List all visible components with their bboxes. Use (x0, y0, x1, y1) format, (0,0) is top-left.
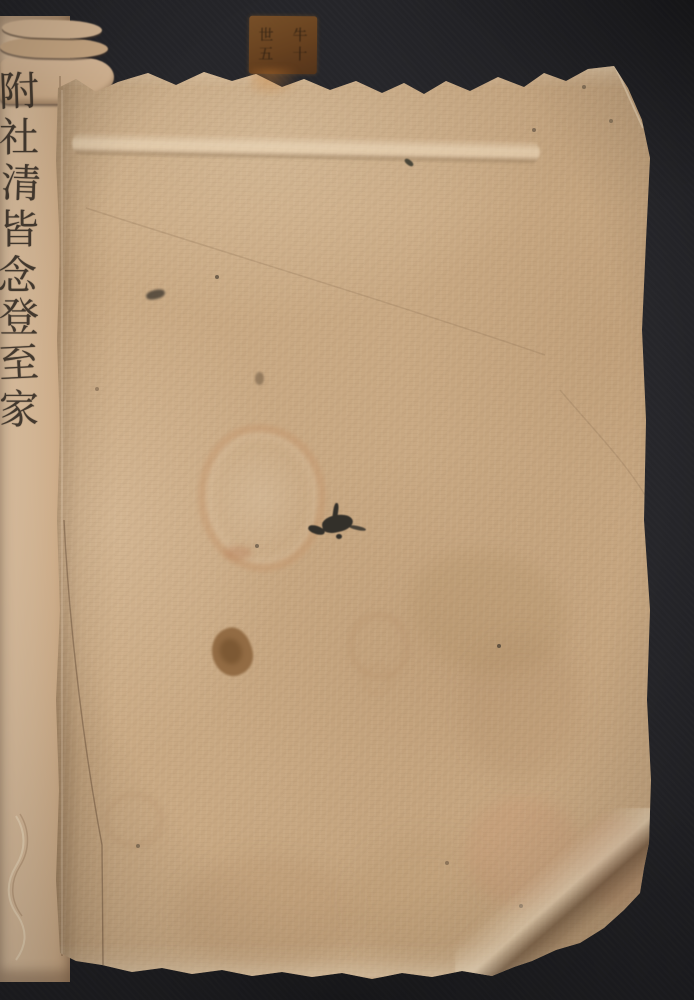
calligraphy-character: 登 (0, 298, 39, 344)
ownership-stamp: 牛 十 世 五 (249, 16, 318, 75)
stamp-glyph-column: 牛 十 (292, 28, 307, 62)
folded-corner-crease-shadow (455, 808, 694, 998)
stamp-glyph-column: 世 五 (258, 28, 273, 62)
stamp-glyph: 十 (292, 47, 307, 62)
calligraphy-character: 附 (0, 71, 40, 118)
stamp-glyph: 世 (259, 28, 274, 43)
stamp-glyph: 五 (258, 47, 273, 62)
ink-speck-field (0, 0, 2, 2)
faint-mark (255, 372, 264, 385)
ink-blot-body (321, 512, 355, 535)
calligraphy-character: 社 (0, 118, 39, 164)
stamp-glyph: 牛 (293, 28, 308, 43)
water-ring-stain-small-tail (362, 664, 392, 696)
water-ring-stain-faint (104, 792, 164, 848)
manuscript-page (0, 0, 694, 1000)
ink-blot-dot (336, 534, 342, 539)
calligraphy-character: 清 (0, 163, 42, 210)
water-blotch (178, 856, 353, 968)
ink-blot (306, 500, 368, 548)
water-ring-stain-drip (224, 546, 252, 560)
stamp-ink-smear (250, 68, 300, 98)
ink-blot-tail (349, 524, 366, 531)
calligraphy-character: 念 (0, 256, 37, 298)
brown-drop-stain-core (216, 636, 245, 668)
spine-calligraphy-column: 附 社 清 皆 念 登 至 家 (0, 72, 50, 436)
water-blotch (462, 636, 582, 781)
calligraphy-character: 家 (0, 390, 39, 436)
photographed-manuscript-scene: 附 社 清 皆 念 登 至 家 牛 十 世 五 (0, 0, 694, 1000)
calligraphy-character: 皆 (0, 210, 39, 256)
calligraphy-character: 至 (0, 343, 40, 391)
